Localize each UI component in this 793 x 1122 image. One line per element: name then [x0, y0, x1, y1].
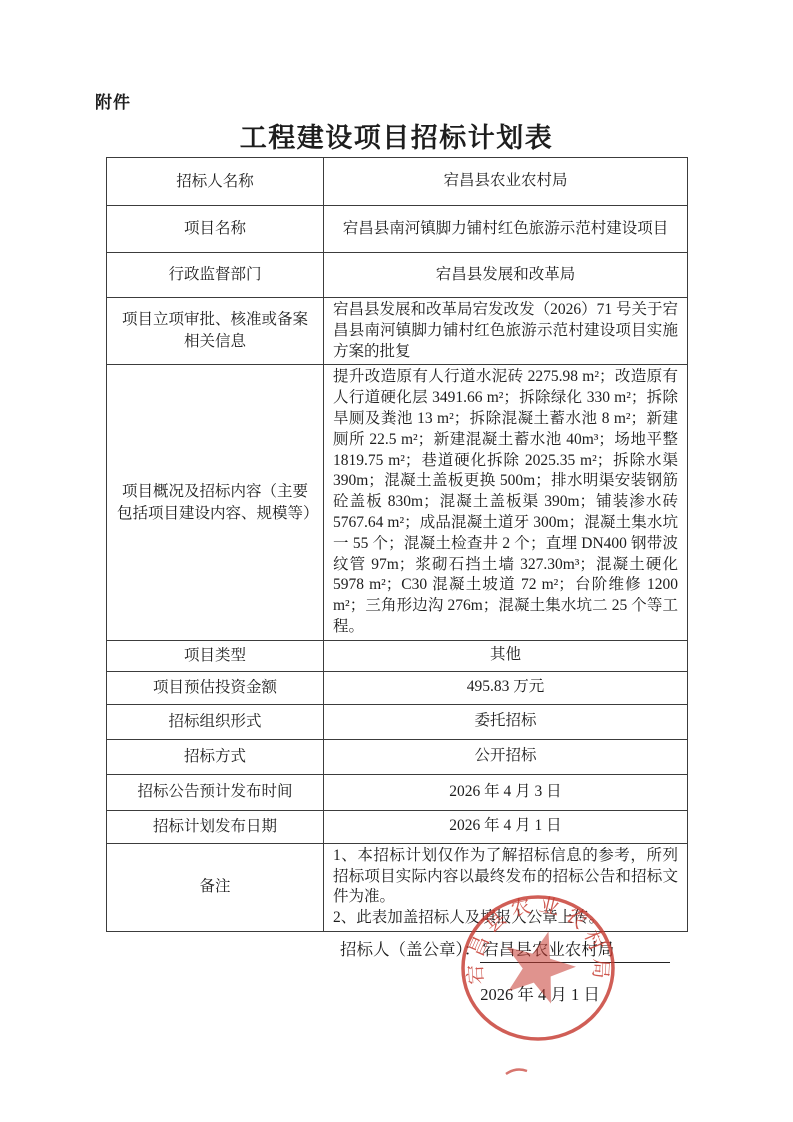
row-value-cell: 1、本招标计划仅作为了解招标信息的参考，所列招标项目实际内容以最终发布的招标公告… — [324, 843, 688, 931]
signer-name: 宕昌县农业农村局 — [480, 936, 670, 963]
row-label-cell: 项目名称 — [107, 206, 324, 253]
row-label-cell: 项目立项审批、核准或备案相关信息 — [107, 298, 324, 365]
signer-label: 招标人（盖公章）： — [340, 940, 480, 959]
row-value-cell: 495.83 万元 — [324, 671, 688, 704]
table-row: 招标方式公开招标 — [107, 739, 688, 774]
row-label-cell: 备注 — [107, 843, 324, 931]
row-label-cell: 项目类型 — [107, 640, 324, 671]
row-value-cell: 2026 年 4 月 1 日 — [324, 810, 688, 843]
row-label-cell: 招标方式 — [107, 739, 324, 774]
row-label-cell: 招标人名称 — [107, 158, 324, 206]
table-row: 项目立项审批、核准或备案相关信息宕昌县发展和改革局宕发改发（2026）71 号关… — [107, 298, 688, 365]
table-row: 项目概况及招标内容（主要包括项目建设内容、规模等）提升改造原有人行道水泥砖 22… — [107, 365, 688, 640]
document-page: 附件 工程建设项目招标计划表 招标人名称宕昌县农业农村局项目名称宕昌县南河镇脚力… — [0, 0, 793, 1122]
table-row: 招标组织形式委托招标 — [107, 704, 688, 739]
row-value-cell: 委托招标 — [324, 704, 688, 739]
signer-line: 招标人（盖公章）：宕昌县农业农村局 — [340, 936, 670, 963]
row-label-cell: 行政监督部门 — [107, 253, 324, 298]
row-value-cell: 提升改造原有人行道水泥砖 2275.98 m²；改造原有人行道硬化层 3491.… — [324, 365, 688, 640]
row-value-cell: 其他 — [324, 640, 688, 671]
table-row: 项目名称宕昌县南河镇脚力铺村红色旅游示范村建设项目 — [107, 206, 688, 253]
signature-date: 2026 年 4 月 1 日 — [437, 981, 643, 1005]
table-row: 招标人名称宕昌县农业农村局 — [107, 158, 688, 206]
row-label-cell: 项目概况及招标内容（主要包括项目建设内容、规模等） — [107, 365, 324, 640]
row-value-cell: 宕昌县农业农村局 — [324, 158, 688, 206]
tender-plan-table: 招标人名称宕昌县农业农村局项目名称宕昌县南河镇脚力铺村红色旅游示范村建设项目行政… — [106, 157, 688, 932]
table-row: 项目预估投资金额495.83 万元 — [107, 671, 688, 704]
table-row: 行政监督部门宕昌县发展和改革局 — [107, 253, 688, 298]
table-row: 招标公告预计发布时间2026 年 4 月 3 日 — [107, 774, 688, 810]
table-row: 备注1、本招标计划仅作为了解招标信息的参考，所列招标项目实际内容以最终发布的招标… — [107, 843, 688, 931]
row-label-cell: 项目预估投资金额 — [107, 671, 324, 704]
seal-ink-mark — [506, 1070, 527, 1074]
document-title: 工程建设项目招标计划表 — [0, 116, 793, 155]
table-row: 项目类型其他 — [107, 640, 688, 671]
row-label-cell: 招标公告预计发布时间 — [107, 774, 324, 810]
row-value-cell: 公开招标 — [324, 739, 688, 774]
row-value-cell: 宕昌县发展和改革局宕发改发（2026）71 号关于宕昌县南河镇脚力铺村红色旅游示… — [324, 298, 688, 365]
tender-table-body: 招标人名称宕昌县农业农村局项目名称宕昌县南河镇脚力铺村红色旅游示范村建设项目行政… — [107, 158, 688, 932]
row-label-cell: 招标组织形式 — [107, 704, 324, 739]
row-value-cell: 宕昌县发展和改革局 — [324, 253, 688, 298]
row-value-cell: 宕昌县南河镇脚力铺村红色旅游示范村建设项目 — [324, 206, 688, 253]
attachment-label: 附件 — [95, 88, 131, 113]
row-value-cell: 2026 年 4 月 3 日 — [324, 774, 688, 810]
row-label-cell: 招标计划发布日期 — [107, 810, 324, 843]
table-row: 招标计划发布日期2026 年 4 月 1 日 — [107, 810, 688, 843]
